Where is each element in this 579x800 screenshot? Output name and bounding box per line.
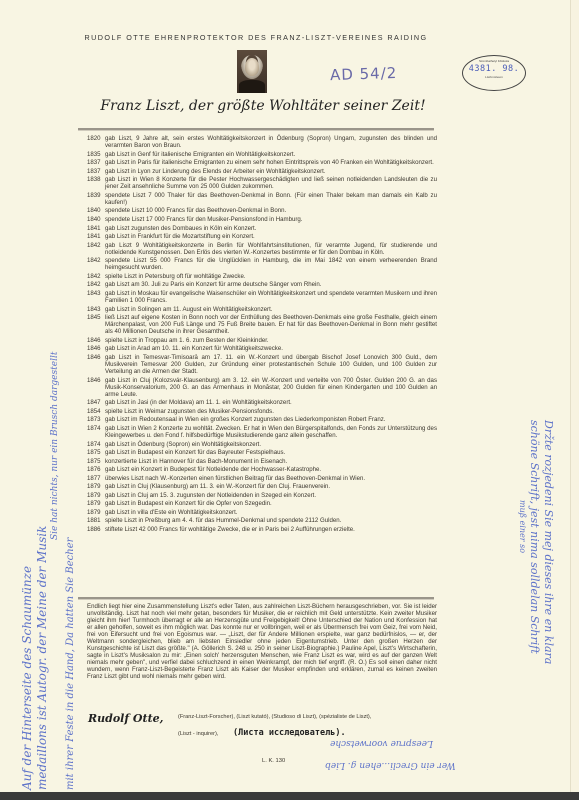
event-row: 1842spendete Liszt 55 000 Francs für die…: [87, 257, 437, 271]
event-row: 1846spielte Liszt in Troppau am 1. 6. zu…: [87, 337, 437, 344]
event-text: gab Liszt in Moskau für evangelische Wai…: [105, 290, 437, 304]
event-text: gab Liszt in Cluj am 15. 3. zugunsten de…: [105, 492, 437, 499]
event-year: 1873: [87, 416, 105, 423]
event-year: 1886: [87, 526, 105, 533]
event-row: 1877überwies Liszt nach W.-Konzerten ein…: [87, 475, 437, 482]
event-row: 1854spielte Liszt in Weimar zugunsten de…: [87, 408, 437, 415]
event-row: 1842gab Liszt 9 Wohltätigkeitskonzerte i…: [87, 242, 437, 256]
event-row: 1876gab Liszt ein Konzert in Budepest fü…: [87, 466, 437, 473]
event-row: 1879gab Liszt in Budapest ein Konzert fü…: [87, 500, 437, 507]
archive-code: AD 54/2: [330, 64, 398, 84]
event-list: 1820gab Liszt, 9 Jahre alt, sein erstes …: [87, 135, 437, 534]
event-row: 1846gab Liszt in Cluj (Kolozsvár-Klausen…: [87, 377, 437, 398]
event-text: gab Liszt in Budapest ein Konzert für da…: [105, 449, 437, 456]
event-row: 1886stiftete Liszt 42 000 Francs für woh…: [87, 526, 437, 533]
event-text: spendete Liszt 10 000 Francs für das Bee…: [105, 207, 437, 214]
event-text: spendete Liszt 55 000 Francs für die Ung…: [105, 257, 437, 271]
event-row: 1840spendete Liszt 10 000 Francs für das…: [87, 207, 437, 214]
event-text: spielte Liszt in Petersburg oft für wohl…: [105, 273, 437, 280]
event-year: 1845: [87, 314, 105, 335]
author-titles-line2: (Liszt - inquirer),: [178, 731, 218, 737]
event-text: gab Liszt in Cluj (Kolozsvár-Klausenburg…: [105, 377, 437, 398]
event-text: gab Liszt in Solingen am 11. August ein …: [105, 306, 437, 313]
event-row: 1879gab Liszt in villa d'Este ein Wohltä…: [87, 509, 437, 516]
handwritten-note-bottom: Wer ein Grecli...ehen g. Lieb: [325, 760, 456, 770]
handwritten-note-left: Auf der Hinterseite des Schaumünze: [20, 566, 34, 790]
event-text: gab Liszt in Genf für italienische Emigr…: [105, 151, 437, 158]
event-year: 1837: [87, 159, 105, 166]
event-text: spendete Liszt 7 000 Thaler für das Beet…: [105, 192, 437, 206]
stamp-number: 4381. 98.: [463, 64, 525, 74]
event-text: gab Liszt in Wien 8 Konzerte für die Pes…: [105, 176, 437, 190]
event-text: gab Liszt in Cluj (Klausenburg) am 11. 3…: [105, 483, 437, 490]
event-row: 1874gab Liszt in Wien 2 Konzerte zu wohl…: [87, 425, 437, 439]
event-row: 1835gab Liszt in Genf für italienische E…: [87, 151, 437, 158]
event-year: 1846: [87, 337, 105, 344]
event-year: 1875: [87, 449, 105, 456]
event-year: 1835: [87, 151, 105, 158]
event-row: 1841gab Liszt in Frankfurt für die Mozar…: [87, 233, 437, 240]
reference-code: L. K. 130: [262, 758, 285, 764]
event-row: 1820gab Liszt, 9 Jahre alt, sein erstes …: [87, 135, 437, 149]
event-year: 1847: [87, 399, 105, 406]
event-row: 1837gab Liszt in Lyon zur Linderung des …: [87, 168, 437, 175]
event-text: spendete Liszt 17 000 Francs für den Mus…: [105, 216, 437, 223]
portrait-coat: [239, 80, 265, 93]
handwritten-note-left: medaillons ist Autogr. der Meine der Mus…: [35, 526, 49, 790]
event-text: überwies Liszt nach W.-Konzerten einen f…: [105, 475, 437, 482]
event-year: 1840: [87, 216, 105, 223]
handwritten-note-right: schöne Schrift, jest nima solldelan Schr…: [528, 420, 541, 654]
author-titles-line1: (Franz-Liszt-Forscher), (Liszt kutató), …: [178, 714, 371, 720]
event-row: 1838gab Liszt in Wien 8 Konzerte für die…: [87, 176, 437, 190]
event-row: 1839spendete Liszt 7 000 Thaler für das …: [87, 192, 437, 206]
letterhead-title: RUDOLF OTTE EHRENPROTEKTOR DES FRANZ-LIS…: [76, 33, 436, 42]
event-text: gab Liszt ein Konzert in Budepest für No…: [105, 466, 437, 473]
document-page: RUDOLF OTTE EHRENPROTEKTOR DES FRANZ-LIS…: [0, 0, 571, 792]
event-year: 1841: [87, 225, 105, 232]
portrait-face: [245, 58, 259, 76]
event-text: gab Liszt in Budapest ein Konzert für di…: [105, 500, 437, 507]
event-text: gab Liszt in Frankfurt für die Mozartsti…: [105, 233, 437, 240]
signature: Rudolf Otte,: [88, 712, 163, 725]
event-text: gab Liszt in Lyon zur Linderung des Elen…: [105, 168, 437, 175]
event-text: gab Liszt in Temesvar-Timisoarā am 17. 1…: [105, 354, 437, 375]
event-year: 1877: [87, 475, 105, 482]
author-title-russian: (Листа исследователь).: [233, 728, 346, 738]
event-row: 1881spielte Liszt in Preßburg am 4. 4. f…: [87, 517, 437, 524]
handwritten-note-right: muß einer so: [518, 500, 527, 553]
event-text: gab Liszt zugunsten des Dombaues in Köln…: [105, 225, 437, 232]
slogan: Franz Liszt, der größte Wohltäter seiner…: [98, 98, 428, 114]
event-row: 1874gab Liszt in Ödenburg (Sopron) ein W…: [87, 441, 437, 448]
liszt-portrait-icon: [237, 50, 267, 93]
event-text: gab Liszt 9 Wohltätigkeitskonzerte in Be…: [105, 242, 437, 256]
event-text: gab Liszt in Wien 2 Konzerte zu wohltät.…: [105, 425, 437, 439]
event-row: 1847gab Liszt in Jasi (in der Moldava) a…: [87, 399, 437, 406]
event-row: 1873gab Liszt im Redoutensaal in Wien ei…: [87, 416, 437, 423]
event-year: 1837: [87, 168, 105, 175]
event-year: 1820: [87, 135, 105, 149]
event-year: 1879: [87, 483, 105, 490]
handwritten-note-right: Držte rozjedeni Sie mej dieses ihre en k…: [542, 420, 555, 664]
event-text: gab Liszt, 9 Jahre alt, sein erstes Wohl…: [105, 135, 437, 149]
event-year: 1842: [87, 242, 105, 256]
event-year: 1839: [87, 192, 105, 206]
event-row: 1845ließ Liszt auf eigene Kosten in Bonn…: [87, 314, 437, 335]
event-year: 1843: [87, 290, 105, 304]
event-text: gab Liszt am 30. Juli zu Paris ein Konze…: [105, 281, 437, 288]
event-row: 1843gab Liszt in Moskau für evangelische…: [87, 290, 437, 304]
event-text: gab Liszt in Jasi (in der Moldava) am 11…: [105, 399, 437, 406]
event-row: 1842gab Liszt am 30. Juli zu Paris ein K…: [87, 281, 437, 288]
handwritten-note-left: mit ihrer Feste in die Hand, Da hatten S…: [65, 538, 76, 790]
event-year: 1874: [87, 441, 105, 448]
stamp-bottom-text: Lisztmúzeum: [463, 75, 525, 79]
event-year: 1838: [87, 176, 105, 190]
top-divider: [78, 128, 434, 131]
event-year: 1843: [87, 306, 105, 313]
event-row: 1846gab Liszt in Arad am 10. 11. ein Kon…: [87, 345, 437, 352]
closing-paragraph: Endlich liegt hier eine Zusammenstellung…: [87, 603, 437, 681]
handwritten-note-bottom: Leesprue voorwetsche: [330, 738, 433, 748]
event-year: 1842: [87, 281, 105, 288]
museum-stamp: Szombathelyi Főiskola 4381. 98. Lisztmúz…: [462, 55, 526, 91]
event-year: 1841: [87, 233, 105, 240]
event-row: 1879gab Liszt in Cluj (Klausenburg) am 1…: [87, 483, 437, 490]
event-year: 1879: [87, 492, 105, 499]
event-text: konzertierte Liszt in Hannover für das B…: [105, 458, 437, 465]
event-row: 1846gab Liszt in Temesvar-Timisoarā am 1…: [87, 354, 437, 375]
event-text: spielte Liszt in Troppau am 1. 6. zum Be…: [105, 337, 437, 344]
event-row: 1843gab Liszt in Solingen am 11. August …: [87, 306, 437, 313]
event-year: 1875: [87, 458, 105, 465]
event-row: 1841gab Liszt zugunsten des Dombaues in …: [87, 225, 437, 232]
event-row: 1875gab Liszt in Budapest ein Konzert fü…: [87, 449, 437, 456]
event-year: 1846: [87, 377, 105, 398]
event-year: 1876: [87, 466, 105, 473]
stamp-top-text: Szombathelyi Főiskola: [463, 59, 525, 63]
event-year: 1879: [87, 500, 105, 507]
event-text: stiftete Liszt 42 000 Francs für wohltät…: [105, 526, 437, 533]
event-text: spielte Liszt in Weimar zugunsten des Mu…: [105, 408, 437, 415]
event-row: 1879gab Liszt in Cluj am 15. 3. zugunste…: [87, 492, 437, 499]
event-text: spielte Liszt in Preßburg am 4. 4. für d…: [105, 517, 437, 524]
event-year: 1842: [87, 273, 105, 280]
event-text: ließ Liszt auf eigene Kosten in Bonn noc…: [105, 314, 437, 335]
event-year: 1879: [87, 509, 105, 516]
event-year: 1874: [87, 425, 105, 439]
event-year: 1846: [87, 354, 105, 375]
event-row: 1840spendete Liszt 17 000 Francs für den…: [87, 216, 437, 223]
scan-edge: [0, 792, 579, 800]
event-row: 1837gab Liszt in Paris für italienische …: [87, 159, 437, 166]
event-year: 1881: [87, 517, 105, 524]
event-text: gab Liszt im Redoutensaal in Wien ein gr…: [105, 416, 437, 423]
event-text: gab Liszt in Ödenburg (Sopron) ein Wohlt…: [105, 441, 437, 448]
event-text: gab Liszt in villa d'Este ein Wohltätigk…: [105, 509, 437, 516]
event-year: 1840: [87, 207, 105, 214]
event-row: 1842spielte Liszt in Petersburg oft für …: [87, 273, 437, 280]
event-row: 1875konzertierte Liszt in Hannover für d…: [87, 458, 437, 465]
event-year: 1854: [87, 408, 105, 415]
event-text: gab Liszt in Arad am 10. 11. ein Konzert…: [105, 345, 437, 352]
bottom-divider: [78, 597, 434, 600]
handwritten-note-left: Sie hat nichts, nur ein Brusch dargestel…: [50, 352, 60, 540]
event-year: 1842: [87, 257, 105, 271]
event-text: gab Liszt in Paris für italienische Emig…: [105, 159, 437, 166]
event-year: 1846: [87, 345, 105, 352]
